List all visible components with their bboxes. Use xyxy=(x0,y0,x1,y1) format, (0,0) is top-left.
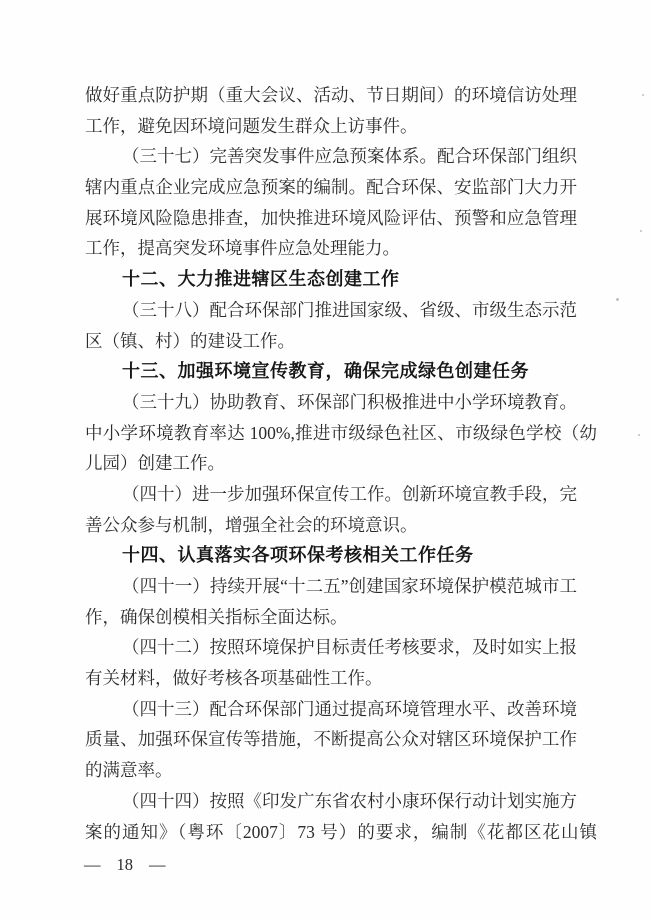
section-heading: 十四、认真落实各项环保考核相关工作任务 xyxy=(85,540,577,571)
text-line: （三十九）协助教育、环保部门积极推进中小学环境教育。 xyxy=(85,387,577,418)
text-line: 展环境风险隐患排查，加快推进环境风险评估、预警和应急管理 xyxy=(85,203,577,234)
footer-dash-left: — xyxy=(84,855,101,875)
text-line: 的满意率。 xyxy=(85,755,577,786)
text-line: （四十一）持续开展“十二五”创建国家环境保护模范城市工 xyxy=(85,571,577,602)
text-line: （三十八）配合环保部门推进国家级、省级、市级生态示范 xyxy=(85,295,577,326)
text-line: （三十七）完善突发事件应急预案体系。配合环保部门组织 xyxy=(85,141,577,172)
text-line: （四十四）按照《印发广东省农村小康环保行动计划实施方 xyxy=(85,786,577,817)
footer-dash-right: — xyxy=(149,855,166,875)
page-number: 18 xyxy=(117,855,134,875)
text-line: （四十三）配合环保部门通过提高环境管理水平、改善环境 xyxy=(85,694,577,725)
text-line: 作，确保创模相关指标全面达标。 xyxy=(85,602,577,633)
document-body: 做好重点防护期（重大会议、活动、节日期间）的环境信访处理工作，避免因环境问题发生… xyxy=(85,80,577,847)
section-heading: 十三、加强环境宣传教育，确保完成绿色创建任务 xyxy=(85,356,577,387)
text-line: 辖内重点企业完成应急预案的编制。配合环保、安监部门大力开 xyxy=(85,172,577,203)
scan-speck xyxy=(638,434,640,436)
text-line: 区（镇、村）的建设工作。 xyxy=(85,326,577,357)
text-line: 儿园）创建工作。 xyxy=(85,448,577,479)
text-line: 善公众参与机制，增强全社会的环境意识。 xyxy=(85,510,577,541)
text-line: 有关材料，做好考核各项基础性工作。 xyxy=(85,663,577,694)
text-line: 中小学环境教育率达 100%,推进市级绿色社区、市级绿色学校（幼 xyxy=(85,418,597,449)
text-line: 案的通知》（粤环〔2007〕73 号）的要求，编制《花都区花山镇 xyxy=(85,817,597,848)
text-line: 工作，提高突发环境事件应急处理能力。 xyxy=(85,233,577,264)
text-line: 质量、加强环保宣传等措施，不断提高公众对辖区环境保护工作 xyxy=(85,724,577,755)
text-line: 做好重点防护期（重大会议、活动、节日期间）的环境信访处理 xyxy=(85,80,577,111)
scan-speck xyxy=(640,230,642,232)
document-page: 做好重点防护期（重大会议、活动、节日期间）的环境信访处理工作，避免因环境问题发生… xyxy=(0,0,650,920)
scan-speck xyxy=(616,298,619,301)
text-line: （四十二）按照环境保护目标责任考核要求，及时如实上报 xyxy=(85,632,577,663)
section-heading: 十二、大力推进辖区生态创建工作 xyxy=(85,264,577,295)
page-footer: — 18 — xyxy=(84,855,166,875)
text-line: 工作，避免因环境问题发生群众上访事件。 xyxy=(85,111,577,142)
text-line: （四十）进一步加强环保宣传工作。创新环境宣教手段，完 xyxy=(85,479,577,510)
scan-speck xyxy=(642,94,644,96)
